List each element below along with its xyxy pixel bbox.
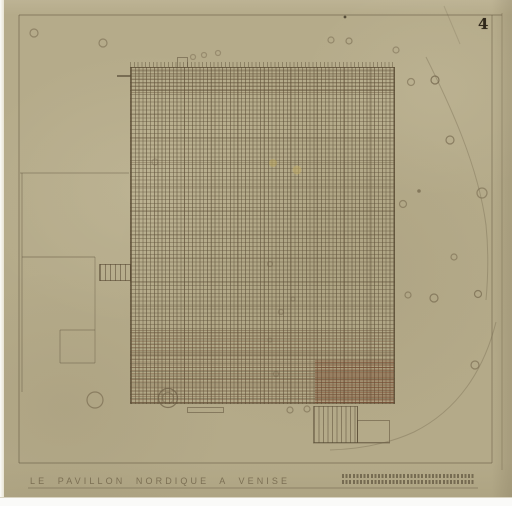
tree-circle <box>475 291 482 298</box>
tree-circle <box>430 294 438 302</box>
grid-top-ticks <box>130 62 395 67</box>
tree-circle <box>393 47 399 53</box>
tree-circle <box>328 37 334 43</box>
scanned-drawing-page: { "sheet": { "number": "4", "title": "LE… <box>0 0 512 506</box>
tree-circle <box>191 55 196 60</box>
tree-circle <box>304 406 310 412</box>
tree-circle <box>346 38 352 44</box>
grid-notch <box>177 57 188 67</box>
low-outline-rect <box>187 407 224 413</box>
grid-dark-block <box>315 360 394 403</box>
tree-circle <box>477 188 487 198</box>
ink-speck <box>344 16 347 19</box>
paper-left-margin <box>0 0 4 506</box>
sheet-number: 4 <box>478 15 488 33</box>
tree-circle <box>431 76 439 84</box>
tree-dot <box>417 189 421 193</box>
tree-circle <box>30 29 38 37</box>
paper-bottom-margin <box>0 497 512 506</box>
tree-circle <box>446 136 454 144</box>
tree-circle <box>216 51 221 56</box>
tracing-paper-sheet: LE PAVILLON NORDIQUE A VENISE 4 <box>4 0 512 497</box>
stair-hatch <box>313 406 358 443</box>
drawing-title: LE PAVILLON NORDIQUE A VENISE <box>30 476 290 486</box>
tree-circle <box>202 53 207 58</box>
tree-circle <box>408 79 415 86</box>
title-block-fine-print-2 <box>342 480 475 484</box>
tree-circle <box>400 201 407 208</box>
tree-circle <box>471 361 479 369</box>
crease-line <box>444 6 460 44</box>
tree-circle <box>99 39 107 47</box>
side-ladder <box>99 264 131 281</box>
tree-circle <box>287 407 293 413</box>
site-path-upper <box>426 57 488 300</box>
tree-circle <box>451 254 457 260</box>
title-block-fine-print-1 <box>342 474 475 478</box>
drawing-content: LE PAVILLON NORDIQUE A VENISE 4 <box>4 0 512 497</box>
stair-side-outline <box>357 420 390 443</box>
grid-top-band <box>131 68 394 93</box>
tree-circle-large <box>87 392 103 408</box>
tree-circle <box>405 292 411 298</box>
